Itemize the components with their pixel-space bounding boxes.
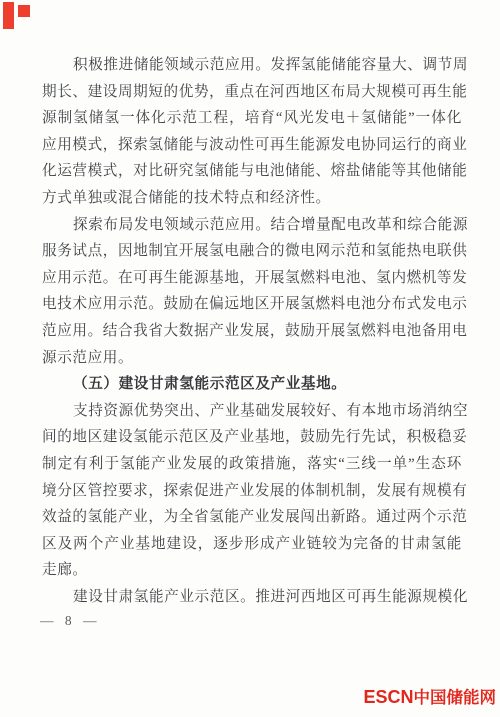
text-line: 积极推进储能领域示范应用。发挥氢能储能容量大、调节周 — [42, 52, 462, 79]
section-heading-line: （五）建设甘肃氢能示范区及产业基地。 — [42, 371, 462, 398]
text-line: 范应用。结合我省大数据产业发展，鼓励开展氢燃料电池备用电 — [42, 318, 462, 345]
page-number: — 8 — — [40, 610, 101, 632]
text-line: 走廊。 — [42, 557, 462, 584]
text-line: 制定有利于氢能产业发展的政策措施，落实“三线一单”生态环 — [42, 451, 462, 478]
text-line: 支持资源优势突出、产业基础发展较好、有本地市场消纳空 — [42, 398, 462, 425]
text-line: 服务试点，因地制宜开展氢电融合的微电网示范和氢能热电联供 — [42, 238, 462, 265]
text-line: 应用模式，探索氢储能与波动性可再生能源发电协同运行的商业 — [42, 132, 462, 159]
text-line: 电技术应用示范。鼓励在偏远地区开展氢燃料电池分布式发电示 — [42, 291, 462, 318]
document-body: 积极推进储能领域示范应用。发挥氢能储能容量大、调节周期长、建设周期短的优势，重点… — [42, 52, 462, 610]
text-line: 建设甘肃氢能产业示范区。推进河西地区可再生能源规模化 — [42, 584, 462, 611]
text-line: 化运营模式，对比研究氢储能与电池储能、熔盐储能等其他储能 — [42, 158, 462, 185]
logo-latin-text: ESCN — [363, 687, 413, 707]
document-page: 积极推进储能领域示范应用。发挥氢能储能容量大、调节周期长、建设周期短的优势，重点… — [0, 0, 500, 717]
text-line: 境分区管控要求，探索促进产业发展的体制机制，发展有规模有 — [42, 478, 462, 505]
text-line: 探索布局发电领域示范应用。结合增量配电改革和综合能源 — [42, 212, 462, 239]
text-line: 应用示范。在可再生能源基地，开展氢燃料电池、氢内燃机等发 — [42, 265, 462, 292]
text-line: 源示范应用。 — [42, 345, 462, 372]
red-corner-mark-icon — [3, 2, 33, 32]
text-line: 区及两个产业基地建设，逐步形成产业链较为完备的甘肃氢能 — [42, 531, 462, 558]
logo-cjk-text: 中国储能网 — [414, 689, 497, 707]
text-line: 期长、建设周期短的优势，重点在河西地区布局大规模可再生能 — [42, 79, 462, 106]
text-line: 源制氢储氢一体化示范工程，培育“风光发电＋氢储能”一体化 — [42, 105, 462, 132]
escn-logo: ESCN中国储能网 — [363, 687, 496, 709]
text-line: 间的地区建设氢能示范区及产业基地，鼓励先行先试，积极稳妥 — [42, 424, 462, 451]
corner-mark-dot — [18, 5, 30, 17]
text-line: 效益的氢能产业，为全省氢能产业发展闯出新路。通过两个示范 — [42, 504, 462, 531]
text-line: 方式单独或混合储能的技术特点和经济性。 — [42, 185, 462, 212]
corner-mark-bar — [3, 2, 14, 29]
